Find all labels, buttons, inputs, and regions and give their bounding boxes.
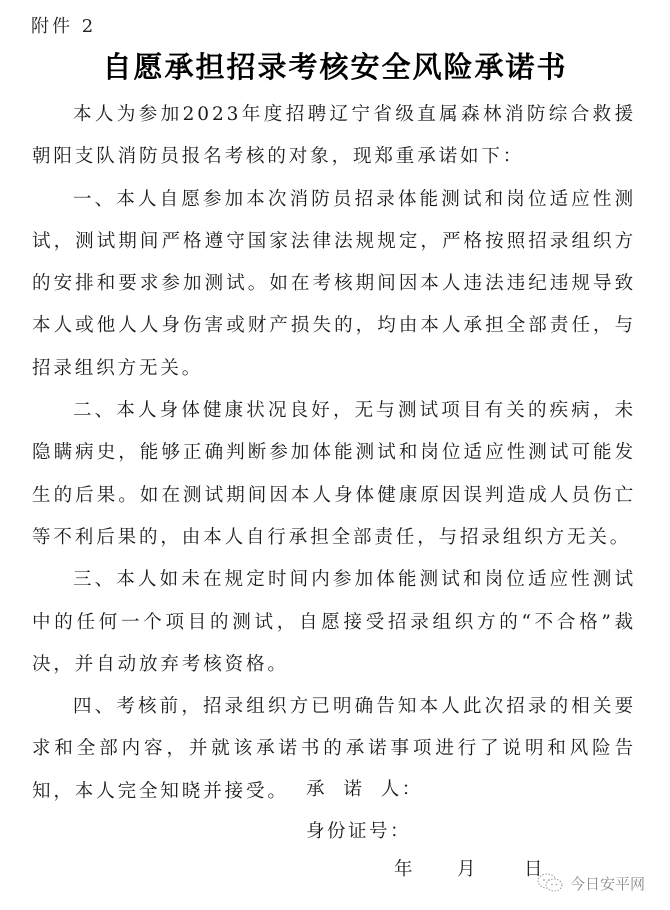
clause-1-paragraph: 一、本人自愿参加本次消防员招录体能测试和岗位适应性测试，测试期间严格遵守国家法律… — [32, 179, 636, 390]
date-month-label: 月 — [457, 855, 476, 881]
id-number-label: 身份证号： — [306, 817, 411, 843]
document-body: 本人为参加2023年度招聘辽宁省级直属森林消防综合救援朝阳支队消防员报名考核的对… — [32, 94, 636, 813]
watermark-text: 今日安平网 — [570, 873, 645, 894]
wechat-icon — [536, 873, 564, 893]
intro-paragraph: 本人为参加2023年度招聘辽宁省级直属森林消防综合救援朝阳支队消防员报名考核的对… — [32, 94, 636, 179]
clause-3-paragraph: 三、本人如未在规定时间内参加体能测试和岗位适应性测试中的任何一个项目的测试，自愿… — [32, 559, 636, 686]
clause-2-paragraph: 二、本人身体健康状况良好，无与测试项目有关的疾病，未隐瞒病史，能够正确判断参加体… — [32, 390, 636, 559]
signer-label: 承 诺 人： — [306, 775, 423, 801]
attachment-label: 附件 2 — [31, 12, 96, 38]
document-title: 自愿承担招录考核安全风险承诺书 — [0, 45, 670, 86]
date-year-label: 年 — [394, 855, 413, 881]
source-watermark: 今日安平网 — [536, 872, 645, 894]
